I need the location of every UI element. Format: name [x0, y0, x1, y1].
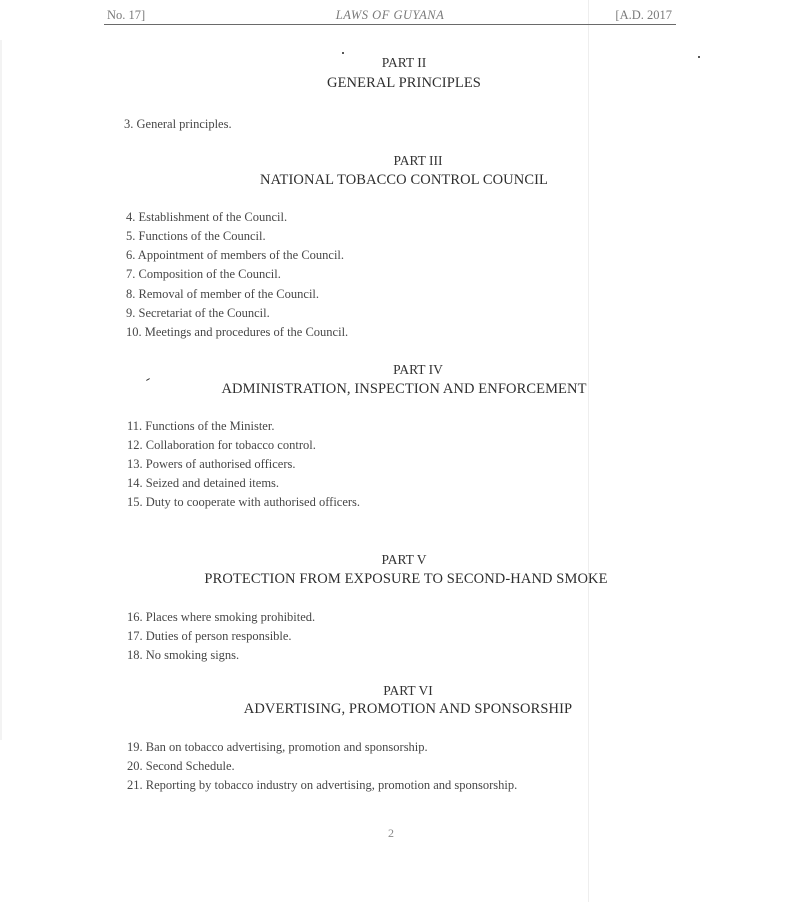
- toc-item: 8. Removal of member of the Council.: [126, 287, 319, 302]
- part-6-label: PART VI: [200, 683, 616, 699]
- part-4-title: ADMINISTRATION, INSPECTION AND ENFORCEME…: [200, 381, 608, 398]
- running-header: No. 17] LAWS OF GUYANA [A.D. 2017: [104, 6, 676, 25]
- scan-speck: [342, 52, 344, 54]
- part-2-title: GENERAL PRINCIPLES: [200, 75, 608, 92]
- page-fold-line: [588, 0, 589, 902]
- part-3-title: NATIONAL TOBACCO CONTROL COUNCIL: [200, 172, 608, 189]
- toc-item: 15. Duty to cooperate with authorised of…: [127, 495, 360, 510]
- toc-item: 21. Reporting by tobacco industry on adv…: [127, 778, 517, 793]
- toc-item: 7. Composition of the Council.: [126, 267, 281, 282]
- toc-item: 20. Second Schedule.: [127, 759, 235, 774]
- page-number: 2: [388, 826, 394, 841]
- toc-item: 5. Functions of the Council.: [126, 229, 266, 244]
- toc-item: 11. Functions of the Minister.: [127, 419, 274, 434]
- toc-item: 3. General principles.: [124, 117, 232, 132]
- part-4-label: PART IV: [200, 362, 636, 378]
- header-year: [A.D. 2017: [615, 8, 672, 23]
- toc-item: 12. Collaboration for tobacco control.: [127, 438, 316, 453]
- scan-speck: [698, 56, 700, 58]
- part-5-label: PART V: [200, 552, 608, 568]
- toc-item: 16. Places where smoking prohibited.: [127, 610, 315, 625]
- scan-edge-shadow: [0, 40, 2, 740]
- toc-item: 6. Appointment of members of the Council…: [126, 248, 344, 263]
- part-5-title: PROTECTION FROM EXPOSURE TO SECOND-HAND …: [196, 571, 616, 588]
- part-3-label: PART III: [200, 153, 636, 169]
- scan-speck: [146, 378, 150, 381]
- toc-item: 13. Powers of authorised officers.: [127, 457, 295, 472]
- header-title: LAWS OF GUYANA: [104, 8, 676, 23]
- part-6-title: ADVERTISING, PROMOTION AND SPONSORSHIP: [200, 701, 616, 718]
- toc-item: 19. Ban on tobacco advertising, promotio…: [127, 740, 428, 755]
- toc-item: 17. Duties of person responsible.: [127, 629, 292, 644]
- toc-item: 9. Secretariat of the Council.: [126, 306, 270, 321]
- toc-item: 10. Meetings and procedures of the Counc…: [126, 325, 348, 340]
- toc-item: 14. Seized and detained items.: [127, 476, 279, 491]
- toc-item: 4. Establishment of the Council.: [126, 210, 287, 225]
- toc-item: 18. No smoking signs.: [127, 648, 239, 663]
- part-2-label: PART II: [200, 55, 608, 71]
